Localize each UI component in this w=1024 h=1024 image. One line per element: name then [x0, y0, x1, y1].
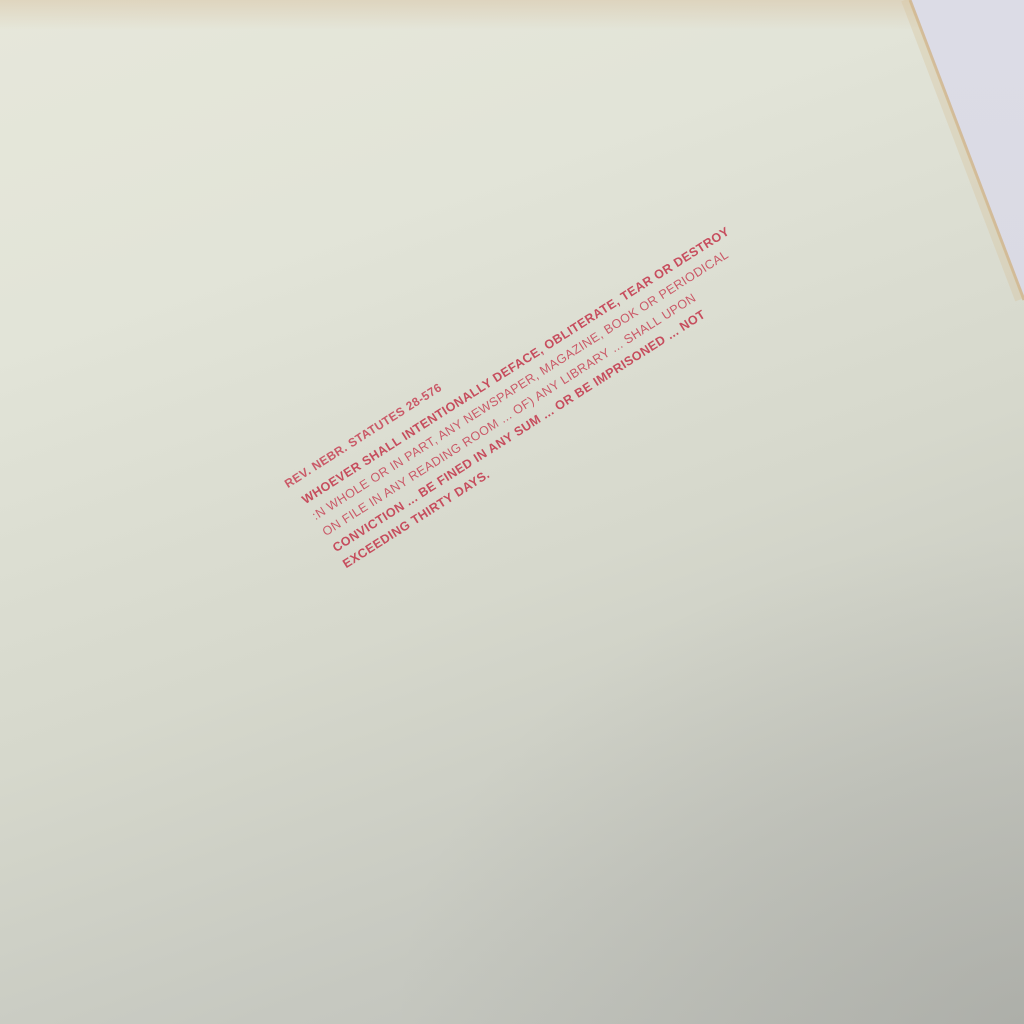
book-page — [0, 0, 1024, 1024]
